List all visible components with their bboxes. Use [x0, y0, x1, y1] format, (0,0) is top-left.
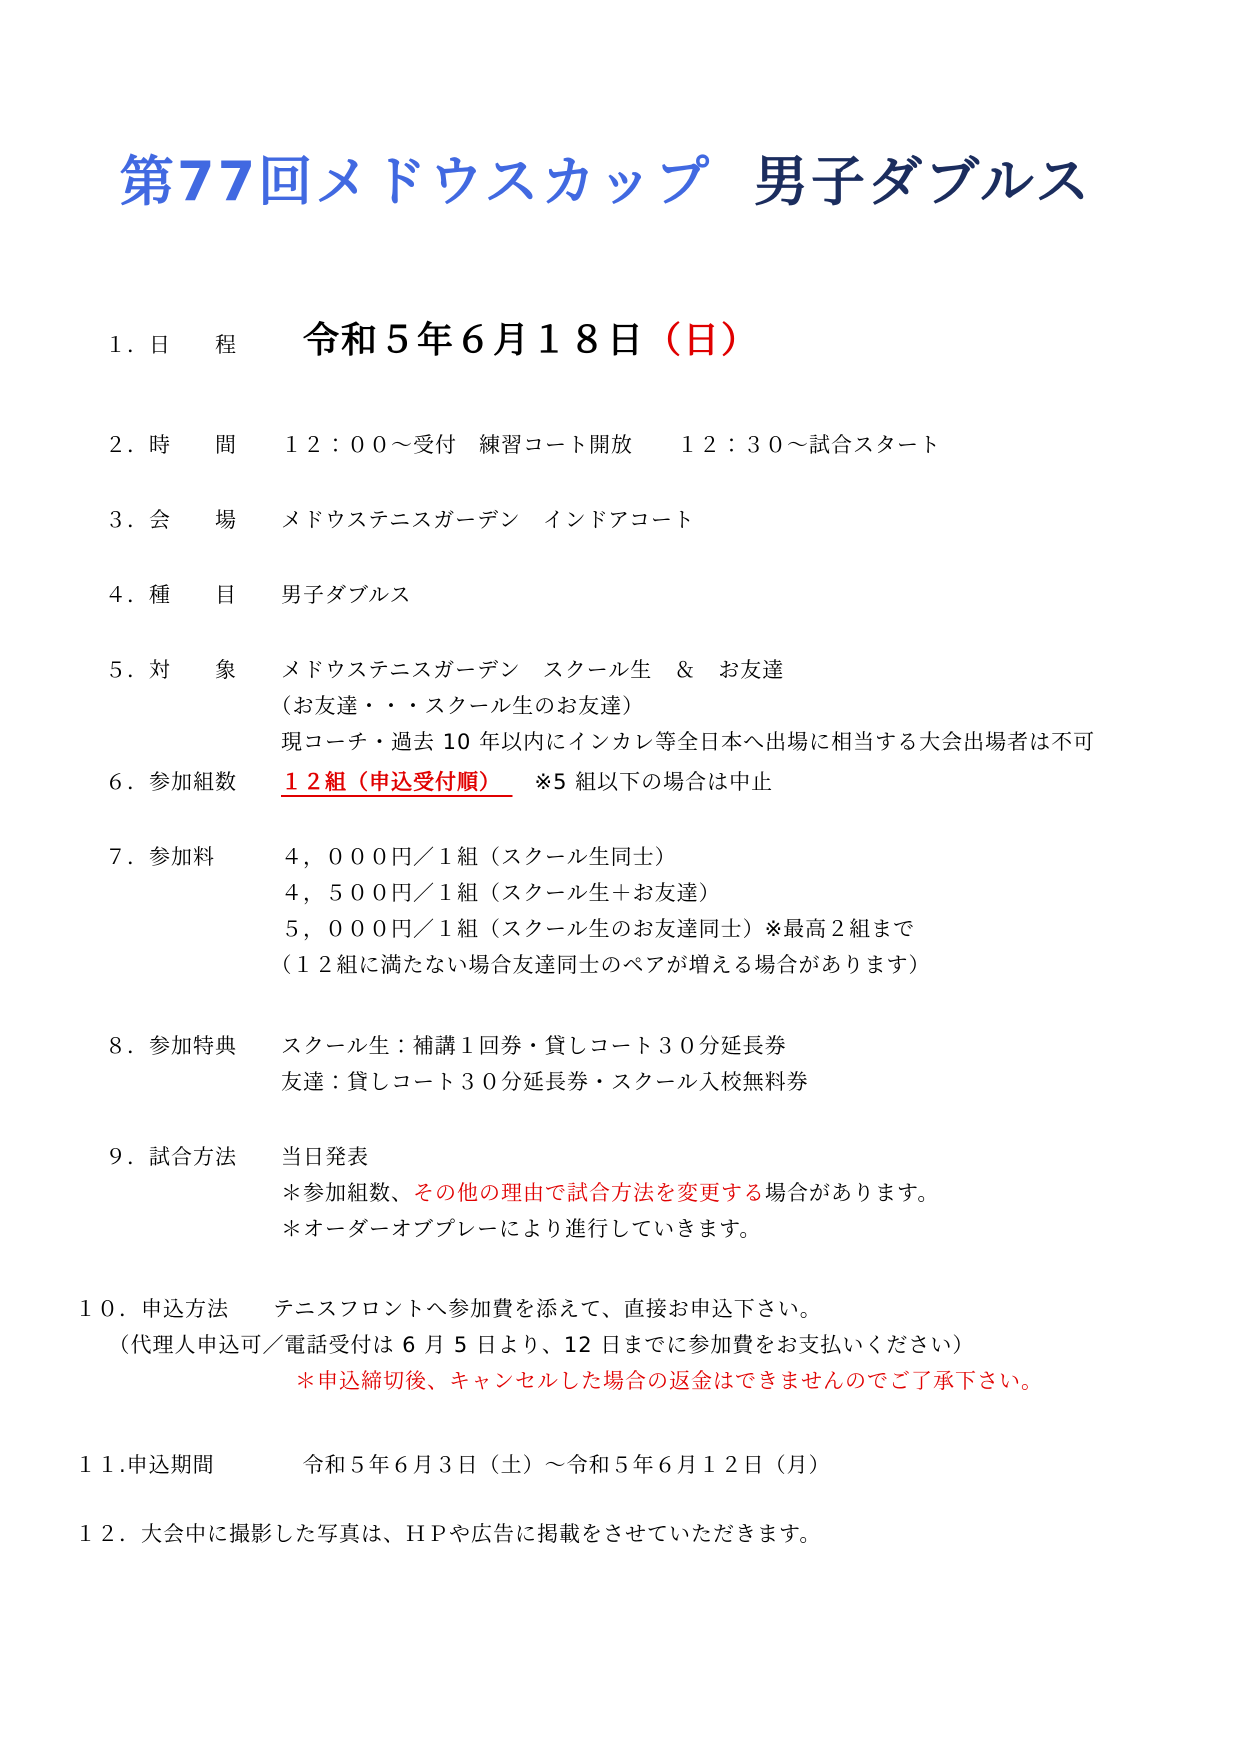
item-11-period: １１.申込期間 令和５年６月３日（土）～令和５年６月１２日（月） [75, 1447, 1201, 1483]
item-7-fee-2: ４，５００円／１組（スクール生＋お友達） [75, 875, 1201, 911]
text-segment: ５，０００円／１組（スクール生のお友達同士）※最高２組まで [105, 917, 915, 941]
item-8-benefits-2: 友達：貸しコート３０分延長券・スクール入校無料券 [75, 1064, 1201, 1100]
text-segment-red: １２組（申込受付順） [281, 770, 513, 794]
text-segment: 現コーチ・過去 10 年以内にインカレ等全日本へ出場に相当する大会出場者は不可 [105, 730, 1095, 754]
text-segment: ５．対 象 メドウステニスガーデン スクール生 ＆ お友達 [105, 658, 784, 682]
page: 第77回メドウスカップ男子ダブルス １．日 程 令和５年６月１８日（日）２．時 … [0, 0, 1241, 1755]
item-7-fee-1: ７．参加料 ４，０００円／１組（スクール生同士） [75, 839, 1201, 875]
item-6-entries: ６．参加組数 １２組（申込受付順） ※5 組以下の場合は中止 [75, 764, 1201, 800]
text-segment: 友達：貸しコート３０分延長券・スクール入校無料券 [105, 1070, 809, 1094]
text-segment-red: ＊申込締切後、キャンセルした場合の返金はできませんのでご了承下さい。 [295, 1369, 1043, 1393]
text-segment: １．日 程 [105, 333, 303, 357]
item-9-note-2: ＊オーダーオブプレーにより進行していきます。 [75, 1211, 1201, 1247]
item-1-schedule: １．日 程 令和５年６月１８日（日） [75, 315, 1201, 371]
text-segment: ８．参加特典 スクール生：補講１回券・貸しコート３０分延長券 [105, 1034, 787, 1058]
text-segment: （お友達・・・スクール生のお友達） [105, 694, 644, 718]
item-7-fee-3: ５，０００円／１組（スクール生のお友達同士）※最高２組まで [75, 911, 1201, 947]
text-segment: ７．参加料 ４，０００円／１組（スクール生同士） [105, 845, 677, 869]
text-segment [75, 1369, 295, 1393]
item-10-application: １０．申込方法 テニスフロントへ参加費を添えて、直接お申込下さい。 [75, 1291, 1201, 1327]
title-event-name: 男子ダブルス [754, 150, 1092, 213]
text-segment: （代理人申込可／電話受付は 6 月 5 日より、12 日までに参加費をお支払いく… [75, 1333, 974, 1357]
text-segment: （１２組に満たない場合友達同士のペアが増える場合があります） [105, 953, 931, 977]
item-4-event: ４．種 目 男子ダブルス [75, 577, 1201, 613]
item-8-benefits-1: ８．参加特典 スクール生：補講１回券・貸しコート３０分延長券 [75, 1028, 1201, 1064]
text-segment: ※5 組以下の場合は中止 [513, 770, 774, 794]
item-5-eligibility: ５．対 象 メドウステニスガーデン スクール生 ＆ お友達 [75, 652, 1201, 688]
text-segment: １０．申込方法 テニスフロントへ参加費を添えて、直接お申込下さい。 [75, 1297, 822, 1321]
text-segment: ４．種 目 男子ダブルス [105, 583, 412, 607]
text-segment-red: その他の理由で試合方法を変更する [413, 1181, 765, 1205]
text-segment-red: （日） [645, 320, 759, 361]
item-12-photos: １２．大会中に撮影した写真は、ＨＰや広告に掲載をさせていただきます。 [75, 1516, 1201, 1552]
text-segment: ２．時 間 １２：００～受付 練習コート開放 １２：３０～試合スタート [105, 433, 941, 457]
item-9-format: ９．試合方法 当日発表 [75, 1139, 1201, 1175]
text-segment: 令和５年６月１８日 [303, 320, 645, 361]
item-5-note-1: （お友達・・・スクール生のお友達） [75, 688, 1201, 724]
item-10-note-2: ＊申込締切後、キャンセルした場合の返金はできませんのでご了承下さい。 [75, 1363, 1201, 1399]
text-segment: ４，５００円／１組（スクール生＋お友達） [105, 881, 721, 905]
text-segment: 場合があります。 [765, 1181, 939, 1205]
text-segment: ＊参加組数、 [105, 1181, 413, 1205]
item-2-time: ２．時 間 １２：００～受付 練習コート開放 １２：３０～試合スタート [75, 427, 1201, 463]
page-title: 第77回メドウスカップ男子ダブルス [120, 145, 1201, 219]
text-segment: ９．試合方法 当日発表 [105, 1145, 369, 1169]
text-segment: ＊オーダーオブプレーにより進行していきます。 [105, 1217, 761, 1241]
text-segment: １１.申込期間 令和５年６月３日（土）～令和５年６月１２日（月） [75, 1453, 831, 1477]
document-body: １．日 程 令和５年６月１８日（日）２．時 間 １２：００～受付 練習コート開放… [75, 315, 1201, 1552]
item-3-venue: ３．会 場 メドウステニスガーデン インドアコート [75, 502, 1201, 538]
title-tournament-name: 第77回メドウスカップ [120, 150, 712, 213]
text-segment: ３．会 場 メドウステニスガーデン インドアコート [105, 508, 695, 532]
text-segment: ６．参加組数 [105, 770, 281, 794]
item-5-note-2: 現コーチ・過去 10 年以内にインカレ等全日本へ出場に相当する大会出場者は不可 [75, 724, 1201, 760]
item-7-note: （１２組に満たない場合友達同士のペアが増える場合があります） [75, 947, 1201, 983]
text-segment: １２．大会中に撮影した写真は、ＨＰや広告に掲載をさせていただきます。 [75, 1522, 821, 1546]
item-10-note-1: （代理人申込可／電話受付は 6 月 5 日より、12 日までに参加費をお支払いく… [75, 1327, 1201, 1363]
item-9-note-1: ＊参加組数、その他の理由で試合方法を変更する場合があります。 [75, 1175, 1201, 1211]
